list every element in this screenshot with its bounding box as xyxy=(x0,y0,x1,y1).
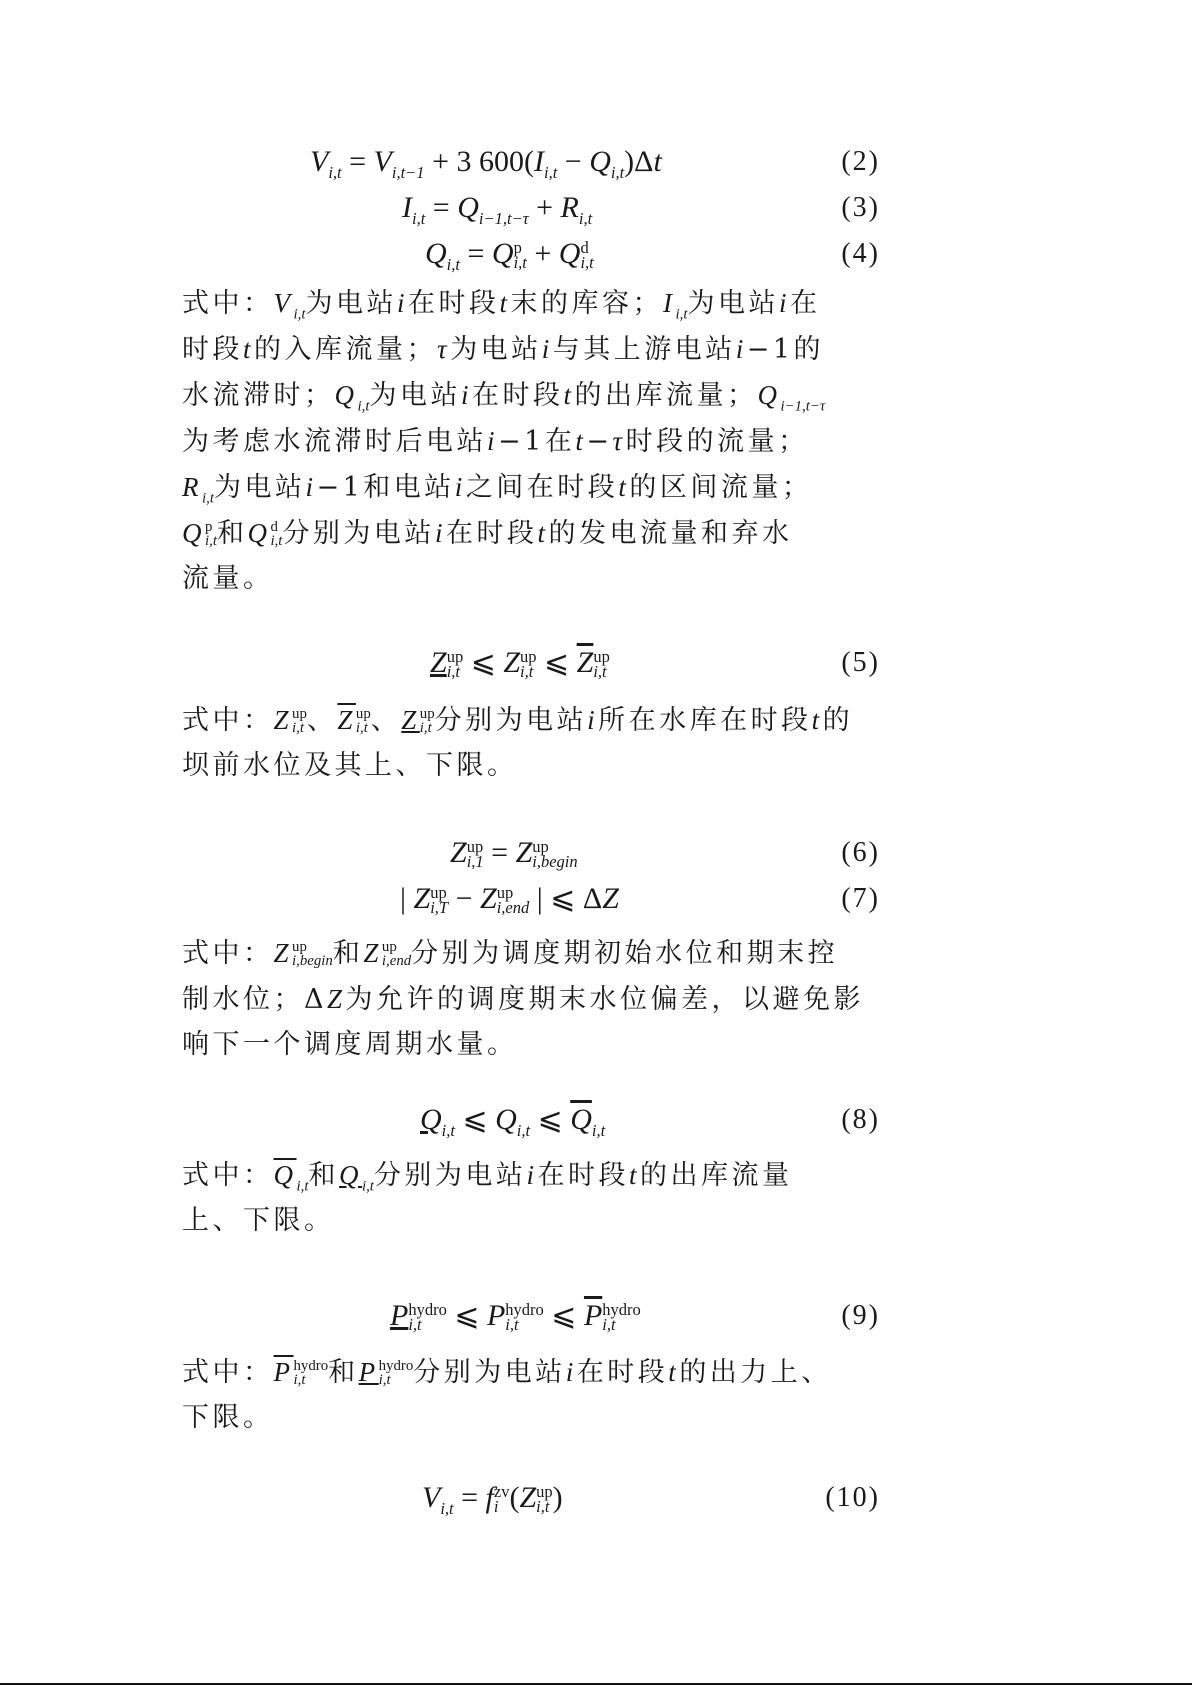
equation-7-number: (7) xyxy=(841,879,880,919)
text: 和 xyxy=(333,938,364,969)
equation-6-number: (6) xyxy=(841,833,880,873)
text: 在时段 xyxy=(446,518,538,549)
equation-4-body: Qi,t = Qpi,t + Qdi,t xyxy=(425,234,594,285)
text: 的发电流量和弃水 xyxy=(548,518,792,549)
text: 为电站 xyxy=(369,380,461,411)
text: 式中： xyxy=(182,1357,274,1388)
text: 式中： xyxy=(182,705,274,736)
paragraph-eq2-4-definitions: 式中：Vi,t为电站i在时段t末的库容；Ii,t为电站i在 时段t的入库流量；τ… xyxy=(182,280,882,602)
equation-10-body: Vi,t = fzvi(Zupi,t) xyxy=(422,1478,563,1529)
equation-9-number: (9) xyxy=(841,1296,880,1336)
text: 末的库容； xyxy=(511,288,664,319)
text: 的 xyxy=(794,334,825,365)
equation-5: Zupi,t ⩽ Zupi,t ⩽ Zupi,t (5) xyxy=(180,643,880,683)
text: 、 xyxy=(307,705,338,736)
text: 的出库流量 xyxy=(640,1160,793,1191)
text: 在 xyxy=(545,426,576,457)
text: 为电站 xyxy=(214,472,306,503)
equation-8: Qi,t ⩽ Qi,t ⩽ Qi,t (8) xyxy=(180,1100,880,1140)
text: 为电站 xyxy=(450,334,542,365)
text: 在时段 xyxy=(472,380,564,411)
text: 在时段 xyxy=(577,1357,669,1388)
equation-2-body: Vi,t = Vi,t−1 + 3 600(Ii,t − Qi,t)Δt xyxy=(310,142,662,193)
equation-9: Phydroi,t ⩽ Phydroi,t ⩽ Phydroi,t (9) xyxy=(180,1296,880,1336)
equation-4-number: (4) xyxy=(841,234,880,274)
equation-10-number: (10) xyxy=(825,1478,880,1518)
equation-5-number: (5) xyxy=(841,643,880,683)
text: 和 xyxy=(308,1160,339,1191)
text: 的 xyxy=(823,705,854,736)
text: 在时段 xyxy=(537,1160,629,1191)
text: 为电站 xyxy=(305,288,397,319)
text: 分别为电站 xyxy=(282,518,435,549)
paragraph-eq8-definitions: 式中：Qi,t和Qi,t分别为电站i在时段t的出库流量 上、下限。 xyxy=(182,1152,882,1244)
paragraph-eq5-definitions: 式中：Zupi,t、Zupi,t、Zupi,t分别为电站i所在水库在时段t的 坝… xyxy=(182,697,882,789)
text: 下限。 xyxy=(182,1395,882,1441)
equation-9-body: Phydroi,t ⩽ Phydroi,t ⩽ Phydroi,t xyxy=(390,1296,641,1336)
equation-8-body: Qi,t ⩽ Qi,t ⩽ Qi,t xyxy=(420,1100,605,1151)
equation-3-number: (3) xyxy=(841,188,880,228)
equation-10: Vi,t = fzvi(Zupi,t) (10) xyxy=(180,1478,880,1518)
equation-2: Vi,t = Vi,t−1 + 3 600(Ii,t − Qi,t)Δt (2) xyxy=(180,142,880,182)
text: 时段 xyxy=(182,334,243,365)
text: 为允许的调度期末水位偏差，以避免影 xyxy=(346,984,865,1015)
text: 在时段 xyxy=(408,288,500,319)
text: 、 xyxy=(371,705,402,736)
text: 分别为电站 xyxy=(374,1160,527,1191)
text: 的出库流量； xyxy=(575,380,758,411)
text: 坝前水位及其上、下限。 xyxy=(182,743,882,789)
text: 在 xyxy=(790,288,821,319)
equation-3: Ii,t = Qi−1,t−τ + Ri,t (3) xyxy=(180,188,880,228)
text: 和电站 xyxy=(363,472,455,503)
text: 分别为电站 xyxy=(435,705,588,736)
text: 制水位； xyxy=(182,984,304,1015)
text: 水流滞时； xyxy=(182,380,335,411)
text: 响下一个调度周期水量。 xyxy=(182,1022,882,1068)
text: 的区间流量； xyxy=(629,472,812,503)
text: 和 xyxy=(217,518,248,549)
text: 分别为电站 xyxy=(413,1357,566,1388)
equation-3-body: Ii,t = Qi−1,t−τ + Ri,t xyxy=(402,188,592,239)
equation-5-body: Zupi,t ⩽ Zupi,t ⩽ Zupi,t xyxy=(430,643,610,683)
text: 与其上游电站 xyxy=(553,334,736,365)
equation-6-body: Zupi,1 = Zupi,begin xyxy=(450,833,578,873)
text: 和 xyxy=(328,1357,359,1388)
equation-6: Zupi,1 = Zupi,begin (6) xyxy=(180,833,880,873)
text: 式中： xyxy=(182,938,274,969)
text: 为电站 xyxy=(687,288,779,319)
text: 流量。 xyxy=(182,556,882,602)
equation-4: Qi,t = Qpi,t + Qdi,t (4) xyxy=(180,234,880,274)
text: 时段的流量； xyxy=(626,426,809,457)
document-page: Vi,t = Vi,t−1 + 3 600(Ii,t − Qi,t)Δt (2)… xyxy=(0,0,1192,1685)
text: 分别为调度期初始水位和期末控 xyxy=(411,938,838,969)
text: 的入库流量； xyxy=(254,334,437,365)
equation-8-number: (8) xyxy=(841,1100,880,1140)
text: 式中： xyxy=(182,1160,274,1191)
text: 之间在时段 xyxy=(466,472,619,503)
equation-7-body: | Zupi,T − Zupi,end | ⩽ ΔZ xyxy=(400,879,619,919)
equation-7: | Zupi,T − Zupi,end | ⩽ ΔZ (7) xyxy=(180,879,880,919)
equation-2-number: (2) xyxy=(841,142,880,182)
text: 为考虑水流滞时后电站 xyxy=(182,426,487,457)
text: 所在水库在时段 xyxy=(598,705,812,736)
text: 式中： xyxy=(182,288,274,319)
text: 的出力上、 xyxy=(679,1357,832,1388)
paragraph-eq6-7-definitions: 式中：Zupi,begin和Zupi,end分别为调度期初始水位和期末控 制水位… xyxy=(182,930,882,1068)
text: 上、下限。 xyxy=(182,1198,882,1244)
paragraph-eq9-definitions: 式中：Phydroi,t和Phydroi,t分别为电站i在时段t的出力上、 下限… xyxy=(182,1349,882,1441)
